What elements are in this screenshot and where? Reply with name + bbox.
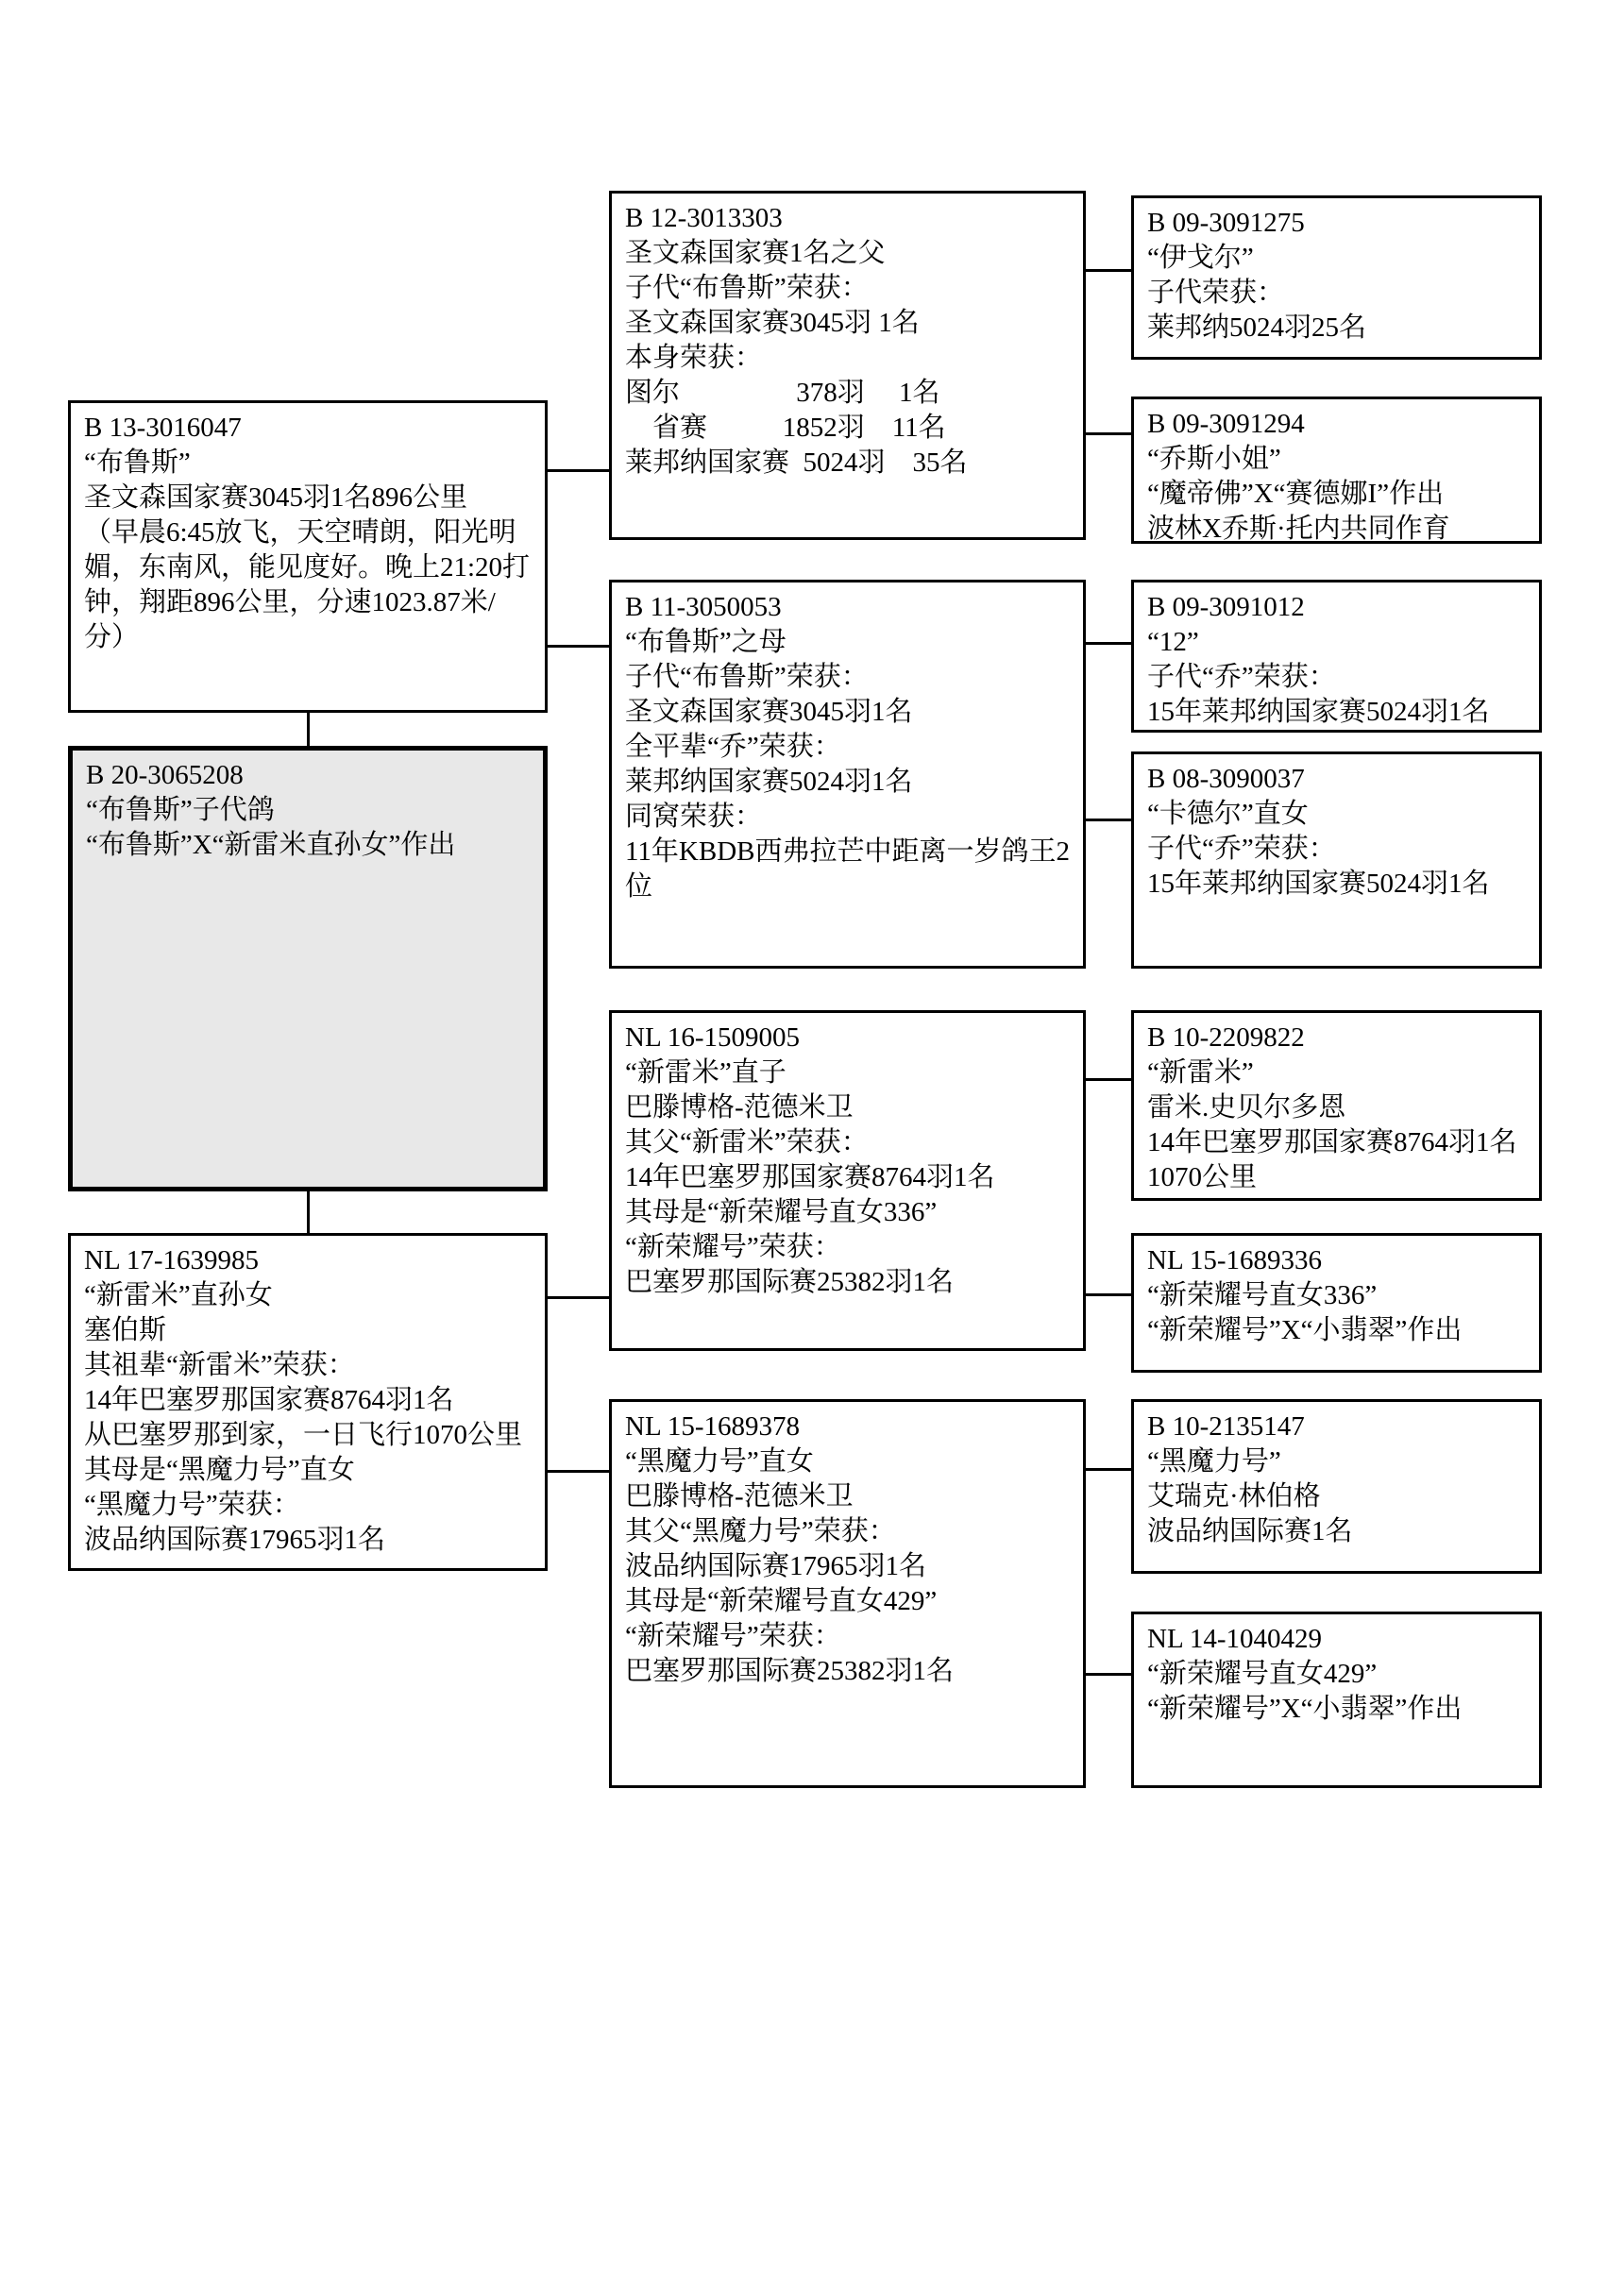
pedigree-text-line: 其母是“黑魔力号”直女 bbox=[84, 1453, 532, 1488]
pedigree-box-body: “布鲁斯”之母子代“布鲁斯”荣获：圣文森国家赛3045羽1名全平辈“乔”荣获：莱… bbox=[625, 625, 1070, 904]
pedigree-box-body: “乔斯小姐”“魔帝佛”X“赛德娜I”作出波林X乔斯·托内共同作育 bbox=[1147, 442, 1526, 547]
pedigree-box-great-grandparent-4: B 08-3090037 “卡德尔”直女子代“乔”荣获：15年莱邦纳国家赛502… bbox=[1131, 751, 1542, 969]
pedigree-box-great-grandparent-2: B 09-3091294 “乔斯小姐”“魔帝佛”X“赛德娜I”作出波林X乔斯·托… bbox=[1131, 397, 1542, 544]
connector-line bbox=[548, 645, 609, 648]
pedigree-box-great-grandparent-8: NL 14-1040429 “新荣耀号直女429”“新荣耀号”X“小翡翠”作出 bbox=[1131, 1612, 1542, 1788]
pedigree-text-line: 巴塞罗那国际赛25382羽1名 bbox=[625, 1265, 1070, 1300]
pedigree-text-line: 波林X乔斯·托内共同作育 bbox=[1147, 512, 1526, 547]
connector-line bbox=[1086, 819, 1131, 821]
pedigree-text-line: “魔帝佛”X“赛德娜I”作出 bbox=[1147, 477, 1526, 512]
pedigree-text-line: 巴滕博格-范德米卫 bbox=[625, 1479, 1070, 1514]
pedigree-text-line: 14年巴塞罗那国家赛8764羽1名 bbox=[1147, 1125, 1526, 1160]
ring-number: NL 14-1040429 bbox=[1147, 1622, 1526, 1657]
pedigree-text-line: “黑魔力号”荣获： bbox=[84, 1488, 532, 1523]
ring-number: B 11-3050053 bbox=[625, 590, 1070, 625]
pedigree-text-line: 波品纳国际赛1名 bbox=[1147, 1514, 1526, 1549]
pedigree-text-line: “新荣耀号”X“小翡翠”作出 bbox=[1147, 1692, 1526, 1727]
connector-line bbox=[1086, 432, 1131, 435]
pedigree-text-line: “黑魔力号”直女 bbox=[625, 1444, 1070, 1479]
pedigree-text-line: “新荣耀号直女336” bbox=[1147, 1278, 1526, 1313]
pedigree-box-great-grandparent-5: B 10-2209822 “新雷米”雷米.史贝尔多恩14年巴塞罗那国家赛8764… bbox=[1131, 1010, 1542, 1201]
ring-number: NL 15-1689336 bbox=[1147, 1243, 1526, 1278]
pedigree-text-line: 圣文森国家赛1名之父 bbox=[625, 236, 1070, 271]
pedigree-box-maternal-granddam: NL 15-1689378 “黑魔力号”直女巴滕博格-范德米卫其父“黑魔力号”荣… bbox=[609, 1399, 1086, 1788]
pedigree-text-line: 波品纳国际赛17965羽1名 bbox=[625, 1549, 1070, 1584]
pedigree-text-line: “布鲁斯”子代鸽 bbox=[86, 793, 530, 828]
pedigree-box-body: “新荣耀号直女429”“新荣耀号”X“小翡翠”作出 bbox=[1147, 1657, 1526, 1727]
pedigree-text-line: 同窝荣获： bbox=[625, 800, 1070, 835]
pedigree-text-line: 子代“乔”荣获： bbox=[1147, 832, 1526, 867]
pedigree-box-subject: B 20-3065208 “布鲁斯”子代鸽“布鲁斯”X“新雷米直孙女”作出 bbox=[68, 746, 548, 1191]
ring-number: B 08-3090037 bbox=[1147, 762, 1526, 797]
connector-line bbox=[1086, 269, 1131, 272]
pedigree-text-line: “新雷米”直子 bbox=[625, 1055, 1070, 1090]
pedigree-text-line: 14年巴塞罗那国家赛8764羽1名 bbox=[625, 1160, 1070, 1195]
connector-line bbox=[548, 1296, 609, 1299]
pedigree-box-body: “黑魔力号”直女巴滕博格-范德米卫其父“黑魔力号”荣获：波品纳国际赛17965羽… bbox=[625, 1444, 1070, 1689]
pedigree-text-line: “新雷米”直孙女 bbox=[84, 1278, 532, 1313]
pedigree-box-great-grandparent-3: B 09-3091012 “12”子代“乔”荣获：15年莱邦纳国家赛5024羽1… bbox=[1131, 580, 1542, 733]
pedigree-text-line: 全平辈“乔”荣获： bbox=[625, 730, 1070, 765]
connector-line bbox=[1086, 1673, 1131, 1676]
pedigree-box-sire: B 13-3016047 “布鲁斯”圣文森国家赛3045羽1名896公里（早晨6… bbox=[68, 400, 548, 713]
pedigree-box-body: “新雷米”雷米.史贝尔多恩14年巴塞罗那国家赛8764羽1名1070公里 bbox=[1147, 1055, 1526, 1195]
pedigree-text-line: 其母是“新荣耀号直女429” bbox=[625, 1584, 1070, 1619]
pedigree-box-great-grandparent-7: B 10-2135147 “黑魔力号”艾瑞克·林伯格波品纳国际赛1名 bbox=[1131, 1399, 1542, 1574]
pedigree-text-line: “新荣耀号”荣获： bbox=[625, 1619, 1070, 1654]
pedigree-text-line: 莱邦纳国家赛 5024羽 35名 bbox=[625, 446, 1070, 481]
pedigree-box-body: “伊戈尔”子代荣获：莱邦纳5024羽25名 bbox=[1147, 241, 1526, 346]
pedigree-box-body: “黑魔力号”艾瑞克·林伯格波品纳国际赛1名 bbox=[1147, 1444, 1526, 1549]
ring-number: NL 15-1689378 bbox=[625, 1410, 1070, 1444]
ring-number: B 10-2209822 bbox=[1147, 1021, 1526, 1055]
pedigree-box-body: “新雷米”直子巴滕博格-范德米卫其父“新雷米”荣获：14年巴塞罗那国家赛8764… bbox=[625, 1055, 1070, 1300]
pedigree-text-line: “新荣耀号”荣获： bbox=[625, 1230, 1070, 1265]
pedigree-text-line: “卡德尔”直女 bbox=[1147, 797, 1526, 832]
pedigree-text-line: 其母是“新荣耀号直女336” bbox=[625, 1195, 1070, 1230]
pedigree-text-line: 其父“黑魔力号”荣获： bbox=[625, 1514, 1070, 1549]
pedigree-text-line: 其父“新雷米”荣获： bbox=[625, 1125, 1070, 1160]
pedigree-box-body: “新雷米”直孙女塞伯斯其祖辈“新雷米”荣获：14年巴塞罗那国家赛8764羽1名从… bbox=[84, 1278, 532, 1558]
connector-line bbox=[548, 469, 609, 472]
connector-line bbox=[548, 1470, 609, 1473]
connector-sire-to-subject bbox=[307, 713, 310, 746]
pedigree-text-line: 波品纳国际赛17965羽1名 bbox=[84, 1523, 532, 1558]
pedigree-text-line: 子代“布鲁斯”荣获： bbox=[625, 660, 1070, 695]
pedigree-text-line: 莱邦纳5024羽25名 bbox=[1147, 311, 1526, 346]
pedigree-box-paternal-grandsire: B 12-3013303 圣文森国家赛1名之父子代“布鲁斯”荣获：圣文森国家赛3… bbox=[609, 191, 1086, 540]
pedigree-text-line: “乔斯小姐” bbox=[1147, 442, 1526, 477]
pedigree-box-dam: NL 17-1639985 “新雷米”直孙女塞伯斯其祖辈“新雷米”荣获：14年巴… bbox=[68, 1233, 548, 1571]
pedigree-box-body: “新荣耀号直女336”“新荣耀号”X“小翡翠”作出 bbox=[1147, 1278, 1526, 1348]
pedigree-text-line: 圣文森国家赛3045羽1名896公里 bbox=[84, 481, 532, 515]
pedigree-box-great-grandparent-1: B 09-3091275 “伊戈尔”子代荣获：莱邦纳5024羽25名 bbox=[1131, 195, 1542, 360]
connector-line bbox=[1086, 642, 1131, 645]
pedigree-box-body: “布鲁斯”圣文森国家赛3045羽1名896公里（早晨6:45放飞，天空晴朗，阳光… bbox=[84, 446, 532, 655]
pedigree-box-paternal-granddam: B 11-3050053 “布鲁斯”之母子代“布鲁斯”荣获：圣文森国家赛3045… bbox=[609, 580, 1086, 969]
pedigree-text-line: 其祖辈“新雷米”荣获： bbox=[84, 1348, 532, 1383]
pedigree-text-line: “布鲁斯”之母 bbox=[625, 625, 1070, 660]
ring-number: NL 16-1509005 bbox=[625, 1021, 1070, 1055]
ring-number: B 09-3091294 bbox=[1147, 407, 1526, 442]
pedigree-text-line: “12” bbox=[1147, 625, 1526, 660]
pedigree-text-line: “布鲁斯” bbox=[84, 446, 532, 481]
pedigree-text-line: 子代“乔”荣获： bbox=[1147, 660, 1526, 695]
pedigree-box-maternal-grandsire: NL 16-1509005 “新雷米”直子巴滕博格-范德米卫其父“新雷米”荣获：… bbox=[609, 1010, 1086, 1351]
pedigree-box-body: “布鲁斯”子代鸽“布鲁斯”X“新雷米直孙女”作出 bbox=[86, 793, 530, 863]
pedigree-text-line: 雷米.史贝尔多恩 bbox=[1147, 1090, 1526, 1125]
pedigree-text-line: 14年巴塞罗那国家赛8764羽1名 bbox=[84, 1383, 532, 1418]
pedigree-text-line: 省赛 1852羽 11名 bbox=[625, 411, 1070, 446]
connector-line bbox=[1086, 1468, 1131, 1471]
connector-line bbox=[1086, 1293, 1131, 1296]
pedigree-text-line: 从巴塞罗那到家，一日飞行1070公里 bbox=[84, 1418, 532, 1453]
pedigree-text-line: 塞伯斯 bbox=[84, 1313, 532, 1348]
pedigree-text-line: “新荣耀号”X“小翡翠”作出 bbox=[1147, 1313, 1526, 1348]
connector-subject-to-dam bbox=[307, 1191, 310, 1233]
pedigree-text-line: 子代“布鲁斯”荣获： bbox=[625, 271, 1070, 306]
pedigree-text-line: 子代荣获： bbox=[1147, 276, 1526, 311]
pedigree-text-line: 巴塞罗那国际赛25382羽1名 bbox=[625, 1654, 1070, 1689]
pedigree-text-line: “布鲁斯”X“新雷米直孙女”作出 bbox=[86, 828, 530, 863]
pedigree-text-line: “新雷米” bbox=[1147, 1055, 1526, 1090]
pedigree-text-line: 11年KBDB西弗拉芒中距离一岁鸽王2位 bbox=[625, 835, 1070, 904]
pedigree-text-line: “伊戈尔” bbox=[1147, 241, 1526, 276]
pedigree-text-line: 莱邦纳国家赛5024羽1名 bbox=[625, 765, 1070, 800]
pedigree-text-line: “新荣耀号直女429” bbox=[1147, 1657, 1526, 1692]
pedigree-text-line: 圣文森国家赛3045羽 1名 bbox=[625, 306, 1070, 341]
pedigree-text-line: （早晨6:45放飞，天空晴朗，阳光明媚，东南风，能见度好。晚上21:20打钟，翔… bbox=[84, 515, 532, 655]
ring-number: B 20-3065208 bbox=[86, 758, 530, 793]
pedigree-text-line: 1070公里 bbox=[1147, 1160, 1526, 1195]
pedigree-text-line: 15年莱邦纳国家赛5024羽1名 bbox=[1147, 867, 1526, 902]
pedigree-text-line: 巴滕博格-范德米卫 bbox=[625, 1090, 1070, 1125]
ring-number: B 12-3013303 bbox=[625, 201, 1070, 236]
pedigree-box-great-grandparent-6: NL 15-1689336 “新荣耀号直女336”“新荣耀号”X“小翡翠”作出 bbox=[1131, 1233, 1542, 1373]
pedigree-box-body: 圣文森国家赛1名之父子代“布鲁斯”荣获：圣文森国家赛3045羽 1名本身荣获：图… bbox=[625, 236, 1070, 481]
pedigree-box-body: “卡德尔”直女子代“乔”荣获：15年莱邦纳国家赛5024羽1名 bbox=[1147, 797, 1526, 902]
pedigree-text-line: 圣文森国家赛3045羽1名 bbox=[625, 695, 1070, 730]
ring-number: NL 17-1639985 bbox=[84, 1243, 532, 1278]
ring-number: B 09-3091275 bbox=[1147, 206, 1526, 241]
pedigree-text-line: 15年莱邦纳国家赛5024羽1名 bbox=[1147, 695, 1526, 730]
pedigree-text-line: 图尔 378羽 1名 bbox=[625, 376, 1070, 411]
pedigree-box-body: “12”子代“乔”荣获：15年莱邦纳国家赛5024羽1名 bbox=[1147, 625, 1526, 730]
pedigree-text-line: 本身荣获： bbox=[625, 341, 1070, 376]
ring-number: B 09-3091012 bbox=[1147, 590, 1526, 625]
ring-number: B 13-3016047 bbox=[84, 411, 532, 446]
pedigree-text-line: 艾瑞克·林伯格 bbox=[1147, 1479, 1526, 1514]
pedigree-text-line: “黑魔力号” bbox=[1147, 1444, 1526, 1479]
ring-number: B 10-2135147 bbox=[1147, 1410, 1526, 1444]
connector-line bbox=[1086, 1078, 1131, 1081]
